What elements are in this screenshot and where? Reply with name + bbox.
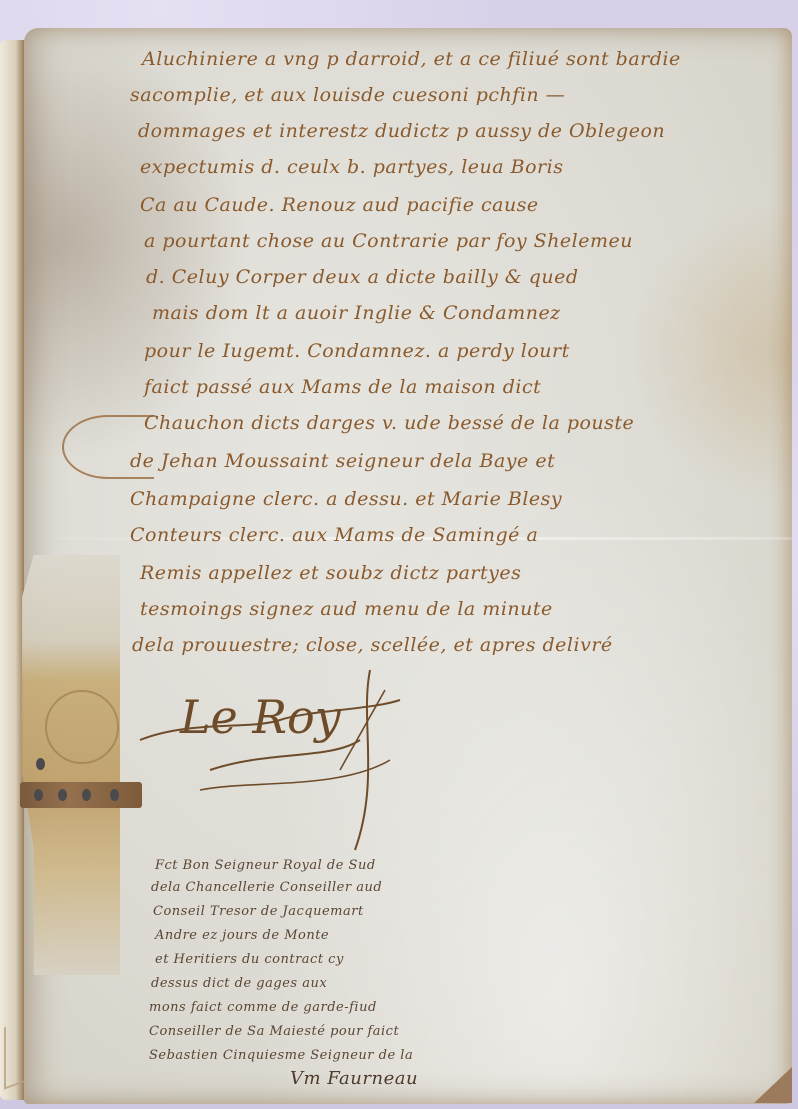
manuscript-line: Remis appellez et soubz dictz partyes xyxy=(140,562,521,584)
seal-impression-icon xyxy=(45,690,119,764)
manuscript-line: Aluchiniere a vng p darroid, et a ce fil… xyxy=(142,48,681,70)
manuscript-line: a pourtant chose au Contrarie par foy Sh… xyxy=(144,230,633,252)
secretary-line: dela Chancellerie Conseiller aud xyxy=(151,880,382,895)
manuscript-line: tesmoings signez aud menu de la minute xyxy=(140,598,553,620)
rivet-icon xyxy=(82,789,91,801)
secretary-countersignature: Fct Bon Seigneur Royal de Sud dela Chanc… xyxy=(145,858,565,1098)
manuscript-line: mais dom lt a auoir Inglie & Condamnez xyxy=(152,302,561,324)
adjacent-page-edge xyxy=(0,40,26,1100)
manuscript-line: dela prouuestre; close, scellée, et apre… xyxy=(132,634,613,656)
clasp-band xyxy=(20,782,142,808)
manuscript-line: Ca au Caude. Renouz aud pacifie cause xyxy=(140,194,539,216)
manuscript-line: Champaigne clerc. a dessu. et Marie Bles… xyxy=(130,488,562,510)
rivet-icon xyxy=(36,758,45,770)
secretary-line: Andre ez jours de Monte xyxy=(155,928,329,943)
secretary-line: Conseil Tresor de Jacquemart xyxy=(153,904,364,919)
manuscript-line: Chauchon dicts darges v. ude bessé de la… xyxy=(144,412,634,434)
secretary-line: Sebastien Cinquiesme Seigneur de la xyxy=(149,1048,413,1063)
manuscript-line: expectumis d. ceulx b. partyes, leua Bor… xyxy=(140,156,563,178)
secretary-line: Fct Bon Seigneur Royal de Sud xyxy=(155,858,376,873)
manuscript-body: Aluchiniere a vng p darroid, et a ce fil… xyxy=(130,40,780,680)
manuscript-line: de Jehan Moussaint seigneur dela Baye et xyxy=(130,450,555,472)
secretary-line: Conseiller de Sa Maiesté pour faict xyxy=(149,1024,399,1039)
manuscript-line: pour le Iugemt. Condamnez. a perdy lourt xyxy=(144,340,570,362)
manuscript-line: Conteurs clerc. aux Mams de Samingé a xyxy=(130,524,538,546)
rivet-icon xyxy=(58,789,67,801)
secretary-line: dessus dict de gages aux xyxy=(151,976,327,991)
rivet-icon xyxy=(110,789,119,801)
manuscript-line: faict passé aux Mams de la maison dict xyxy=(144,376,541,398)
royal-signature: Le Roy xyxy=(180,690,341,744)
secretary-line: et Heritiers du contract cy xyxy=(155,952,344,967)
secretary-line: mons faict comme de garde-fiud xyxy=(149,1000,377,1015)
secretary-signature: Vm Faurneau xyxy=(290,1068,418,1089)
folded-corner xyxy=(754,1067,792,1103)
manuscript-line: dommages et interestz dudictz p aussy de… xyxy=(138,120,665,142)
manuscript-line: sacomplie, et aux louisde cuesoni pchfin… xyxy=(130,84,565,106)
rivet-icon xyxy=(34,789,43,801)
manuscript-line: d. Celuy Corper deux a dicte bailly & qu… xyxy=(146,266,579,288)
